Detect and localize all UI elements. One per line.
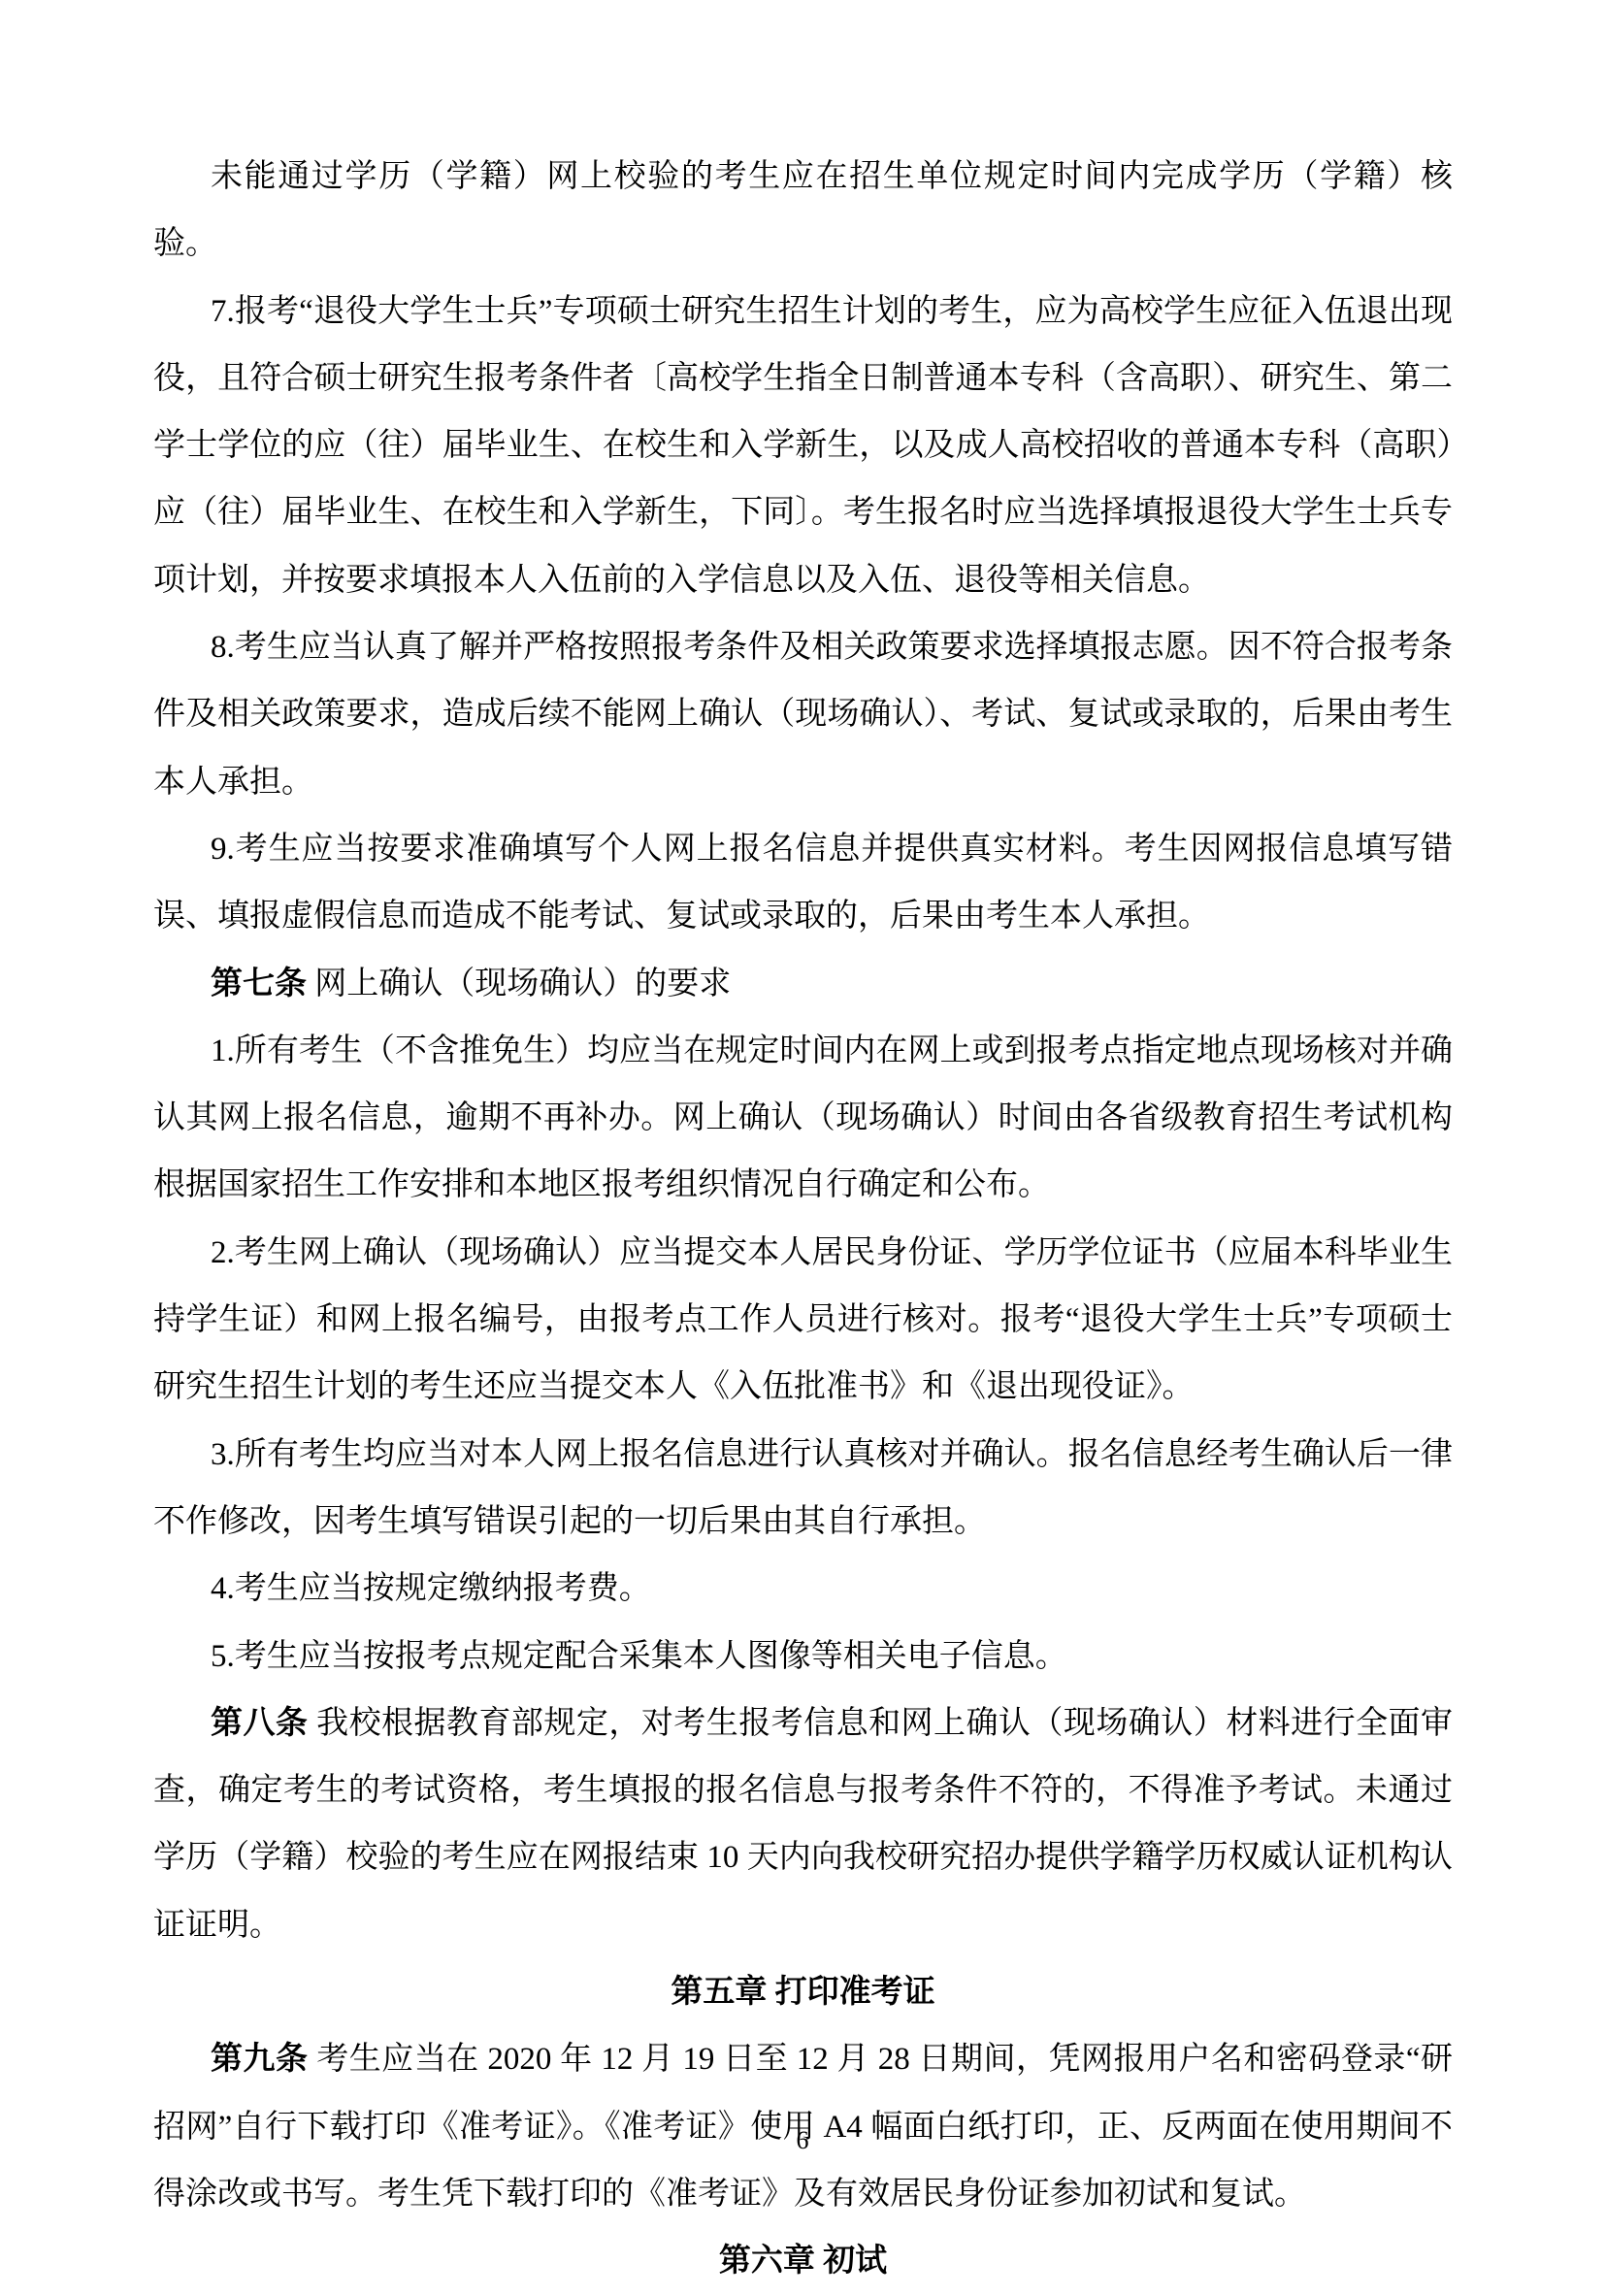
paragraph-xueli-check-continuation: 未能通过学历（学籍）网上校验的考生应在招生单位规定时间内完成学历（学籍）核验。 — [153, 144, 1453, 279]
paragraph-item-9: 9.考生应当按要求准确填写个人网上报名信息并提供真实材料。考生因网报信息填写错误… — [153, 816, 1453, 951]
page-number: 6 — [0, 2125, 1605, 2156]
article-7-item-4: 4.考生应当按规定缴纳报考费。 — [153, 1556, 1453, 1623]
paragraph-text: 8.考生应当认真了解并严格按照报考条件及相关政策要求选择填报志愿。因不符合报考条… — [153, 630, 1453, 800]
paragraph-text: 4.考生应当按规定缴纳报考费。 — [211, 1571, 651, 1606]
article-7-title-paragraph: 第七条 网上确认（现场确认）的要求 — [153, 951, 1453, 1018]
paragraph-text: 1.所有考生（不含推免生）均应当在规定时间内在网上或到报考点指定地点现场核对并确… — [153, 1033, 1453, 1203]
chapter-5-heading: 第五章 打印准考证 — [153, 1959, 1453, 2026]
article-8-paragraph: 第八条 我校根据教育部规定，对考生报考信息和网上确认（现场确认）材料进行全面审查… — [153, 1690, 1453, 1959]
paragraph-text: 3.所有考生均应当对本人网上报名信息进行认真核对并确认。报名信息经考生确认后一律… — [153, 1437, 1453, 1539]
article-7-item-2: 2.考生网上确认（现场确认）应当提交本人居民身份证、学历学位证书（应届本科毕业生… — [153, 1220, 1453, 1422]
paragraph-text: 5.考生应当按报考点规定配合采集本人图像等相关电子信息。 — [211, 1639, 1067, 1674]
paragraph-text: 9.考生应当按要求准确填写个人网上报名信息并提供真实材料。考生因网报信息填写错误… — [153, 832, 1453, 934]
paragraph-text: 7.报考“退役大学生士兵”专项硕士研究生招生计划的考生，应为高校学生应征入伍退出… — [153, 294, 1453, 598]
article-7-item-1: 1.所有考生（不含推免生）均应当在规定时间内在网上或到报考点指定地点现场核对并确… — [153, 1018, 1453, 1220]
paragraph-text: 2.考生网上确认（现场确认）应当提交本人居民身份证、学历学位证书（应届本科毕业生… — [153, 1235, 1453, 1405]
paragraph-text: 我校根据教育部规定，对考生报考信息和网上确认（现场确认）材料进行全面审查，确定考… — [153, 1706, 1453, 1943]
article-7-item-3: 3.所有考生均应当对本人网上报名信息进行认真核对并确认。报名信息经考生确认后一律… — [153, 1422, 1453, 1557]
article-7-number: 第七条 — [211, 967, 307, 1001]
paragraph-text: 网上确认（现场确认）的要求 — [307, 967, 731, 1001]
chapter-6-heading: 第六章 初试 — [153, 2228, 1453, 2295]
paragraph-text: 未能通过学历（学籍）网上校验的考生应在招生单位规定时间内完成学历（学籍）核验。 — [153, 159, 1453, 261]
document-body: 未能通过学历（学籍）网上校验的考生应在招生单位规定时间内完成学历（学籍）核验。 … — [153, 144, 1453, 2296]
paragraph-item-7: 7.报考“退役大学生士兵”专项硕士研究生招生计划的考生，应为高校学生应征入伍退出… — [153, 279, 1453, 614]
document-page: 未能通过学历（学籍）网上校验的考生应在招生单位规定时间内完成学历（学籍）核验。 … — [0, 0, 1605, 2270]
paragraph-item-8: 8.考生应当认真了解并严格按照报考条件及相关政策要求选择填报志愿。因不符合报考条… — [153, 614, 1453, 816]
article-8-number: 第八条 — [211, 1706, 308, 1741]
article-7-item-5: 5.考生应当按报考点规定配合采集本人图像等相关电子信息。 — [153, 1624, 1453, 1690]
article-9-number: 第九条 — [211, 2042, 308, 2077]
